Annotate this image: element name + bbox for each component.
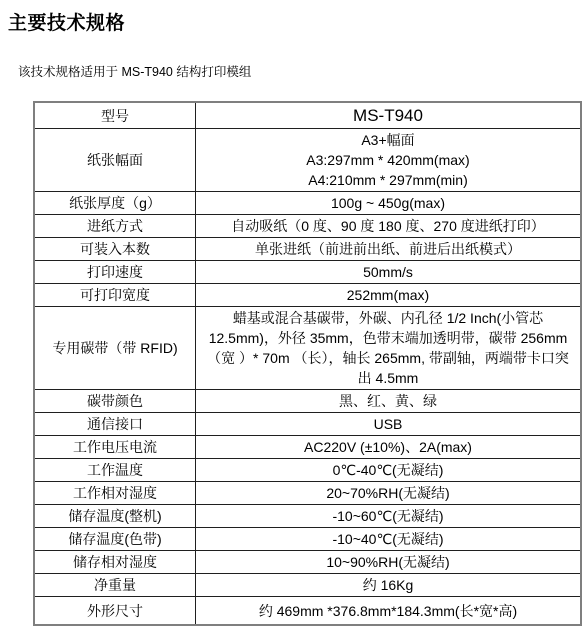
table-row: 储存相对湿度 10~90%RH(无凝结) (34, 551, 581, 574)
spec-label: 储存温度(色带) (34, 528, 196, 551)
spec-value: 10~90%RH(无凝结) (196, 551, 582, 574)
page-title: 主要技术规格 (8, 8, 586, 35)
spec-value: 蜡基或混合基碳带，外碳、内孔径 1/2 Inch(小管芯 12.5mm)，外径 … (196, 307, 582, 390)
spec-value: 黑、红、黄、绿 (196, 390, 582, 413)
spec-label: 可打印宽度 (34, 284, 196, 307)
spec-value: 100g ~ 450g(max) (196, 192, 582, 215)
spec-label: 型号 (34, 102, 196, 129)
spec-value: -10~60℃(无凝结) (196, 505, 582, 528)
spec-label: 通信接口 (34, 413, 196, 436)
spec-value: 50mm/s (196, 261, 582, 284)
table-row: 进纸方式 自动吸纸（0 度、90 度 180 度、270 度进纸打印） (34, 215, 581, 238)
spec-value: 约 469mm *376.8mm*184.3mm(长*宽*高) (196, 597, 582, 626)
table-row: 碳带颜色 黑、红、黄、绿 (34, 390, 581, 413)
spec-value: A3+幅面 A3:297mm * 420mm(max) A4:210mm * 2… (196, 129, 582, 192)
table-row: 专用碳带（带 RFID) 蜡基或混合基碳带，外碳、内孔径 1/2 Inch(小管… (34, 307, 581, 390)
spec-label: 可装入本数 (34, 238, 196, 261)
spec-label: 净重量 (34, 574, 196, 597)
table-row: 工作温度 0℃-40℃(无凝结) (34, 459, 581, 482)
table-row: 工作相对湿度 20~70%RH(无凝结) (34, 482, 581, 505)
spec-label: 纸张厚度（g） (34, 192, 196, 215)
spec-value: 单张进纸（前进前出纸、前进后出纸模式） (196, 238, 582, 261)
page-subtitle: 该技术规格适用于 MS-T940 结构打印模组 (18, 62, 586, 80)
spec-label: 工作温度 (34, 459, 196, 482)
spec-label: 打印速度 (34, 261, 196, 284)
spec-value: 20~70%RH(无凝结) (196, 482, 582, 505)
spec-value: USB (196, 413, 582, 436)
table-row: 可打印宽度 252mm(max) (34, 284, 581, 307)
table-row: 净重量 约 16Kg (34, 574, 581, 597)
table-row: 纸张幅面 A3+幅面 A3:297mm * 420mm(max) A4:210m… (34, 129, 581, 192)
spec-value: MS-T940 (196, 102, 582, 129)
spec-label: 工作电压电流 (34, 436, 196, 459)
spec-label: 工作相对湿度 (34, 482, 196, 505)
table-row: 打印速度 50mm/s (34, 261, 581, 284)
spec-table: 型号 MS-T940 纸张幅面 A3+幅面 A3:297mm * 420mm(m… (33, 101, 582, 626)
table-row: 储存温度(色带) -10~40℃(无凝结) (34, 528, 581, 551)
table-row: 通信接口 USB (34, 413, 581, 436)
table-row: 储存温度(整机) -10~60℃(无凝结) (34, 505, 581, 528)
spec-label: 纸张幅面 (34, 129, 196, 192)
table-row: 工作电压电流 AC220V (±10%)、2A(max) (34, 436, 581, 459)
spec-value: 0℃-40℃(无凝结) (196, 459, 582, 482)
spec-value: 自动吸纸（0 度、90 度 180 度、270 度进纸打印） (196, 215, 582, 238)
spec-label: 外形尺寸 (34, 597, 196, 626)
spec-label: 进纸方式 (34, 215, 196, 238)
spec-value: 252mm(max) (196, 284, 582, 307)
spec-label: 储存温度(整机) (34, 505, 196, 528)
spec-value: 约 16Kg (196, 574, 582, 597)
table-row: 型号 MS-T940 (34, 102, 581, 129)
table-row: 可装入本数 单张进纸（前进前出纸、前进后出纸模式） (34, 238, 581, 261)
spec-label: 碳带颜色 (34, 390, 196, 413)
spec-label: 储存相对湿度 (34, 551, 196, 574)
table-row: 外形尺寸 约 469mm *376.8mm*184.3mm(长*宽*高) (34, 597, 581, 626)
spec-label: 专用碳带（带 RFID) (34, 307, 196, 390)
spec-value: AC220V (±10%)、2A(max) (196, 436, 582, 459)
spec-value: -10~40℃(无凝结) (196, 528, 582, 551)
table-row: 纸张厚度（g） 100g ~ 450g(max) (34, 192, 581, 215)
